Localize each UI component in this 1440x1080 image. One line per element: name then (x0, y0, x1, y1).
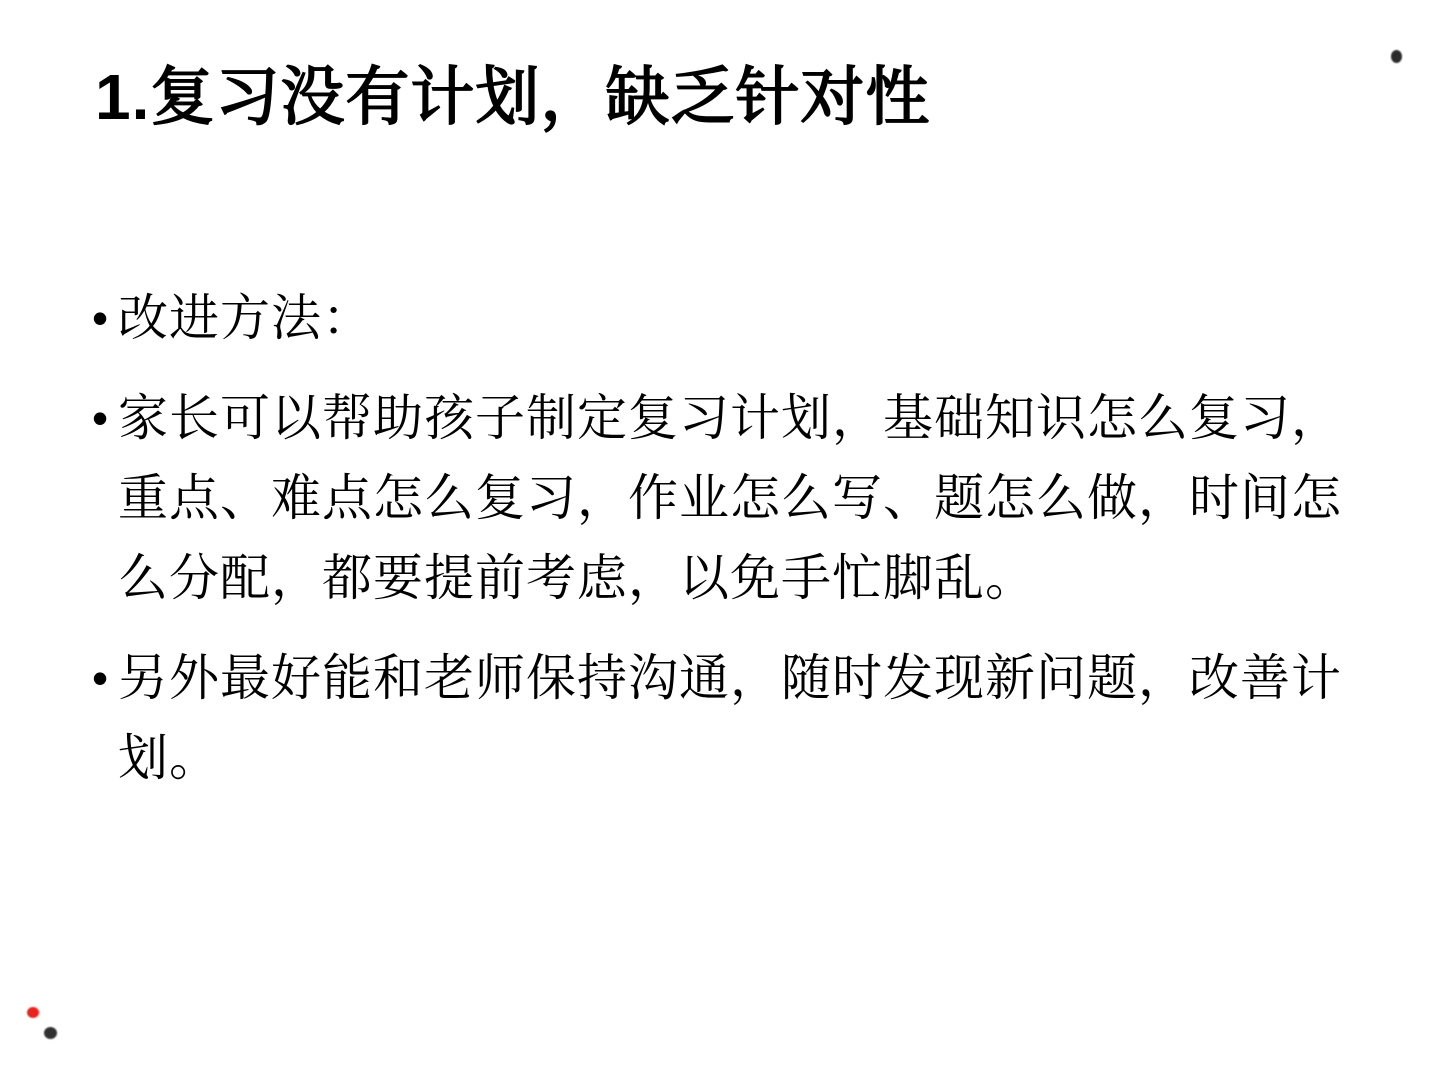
bullet-marker: • (92, 378, 118, 458)
decorative-dot-red (27, 1007, 39, 1018)
presentation-slide: 1.复习没有计划，缺乏针对性 • 改进方法： • 家长可以帮助孩子制定复习计划，… (0, 0, 1440, 1080)
bullet-text: 改进方法： (118, 278, 1382, 358)
bullet-item-teacher-communication: • 另外最好能和老师保持沟通，随时发现新问题，改善计 划。 (92, 638, 1382, 798)
decorative-dot-dark (44, 1027, 57, 1039)
bullet-line: 改进方法： (118, 278, 1382, 358)
bullet-line: 划。 (118, 718, 1382, 798)
bullet-line: 另外最好能和老师保持沟通，随时发现新问题，改善计 (118, 638, 1382, 718)
decorative-dot-top-right (1391, 50, 1402, 63)
bullet-marker: • (92, 278, 118, 358)
bullet-line: 么分配，都要提前考虑，以免手忙脚乱。 (118, 538, 1382, 618)
bullet-line: 重点、难点怎么复习，作业怎么写、题怎么做，时间怎 (118, 458, 1382, 538)
bullet-marker: • (92, 638, 118, 718)
bullet-item-improve-method: • 改进方法： (92, 278, 1382, 358)
slide-title: 1.复习没有计划，缺乏针对性 (95, 58, 930, 136)
bullet-item-parent-plan: • 家长可以帮助孩子制定复习计划，基础知识怎么复习， 重点、难点怎么复习，作业怎… (92, 378, 1382, 618)
bullet-text: 家长可以帮助孩子制定复习计划，基础知识怎么复习， 重点、难点怎么复习，作业怎么写… (118, 378, 1382, 618)
slide-body: • 改进方法： • 家长可以帮助孩子制定复习计划，基础知识怎么复习， 重点、难点… (92, 278, 1382, 818)
bullet-text: 另外最好能和老师保持沟通，随时发现新问题，改善计 划。 (118, 638, 1382, 798)
bullet-line: 家长可以帮助孩子制定复习计划，基础知识怎么复习， (118, 378, 1382, 458)
